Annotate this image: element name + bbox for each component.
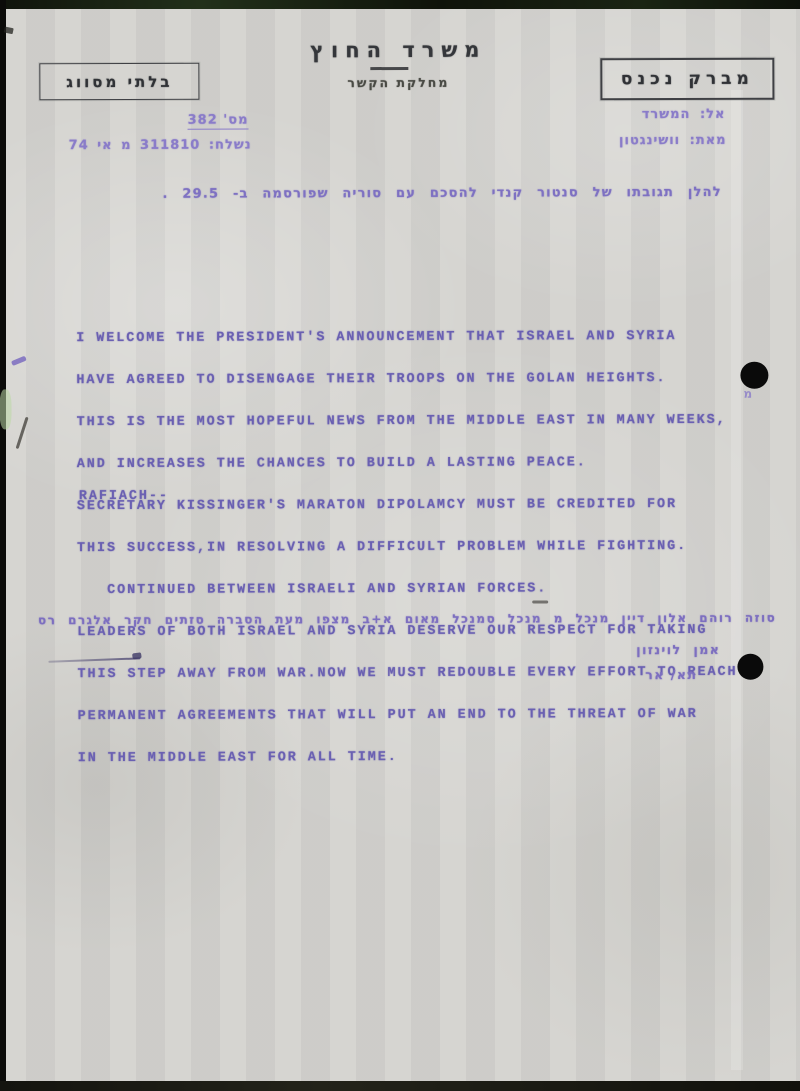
body-line: AND INCREASES THE CHANCES TO BUILD A LAS… <box>77 456 737 472</box>
edge-mark <box>4 27 14 35</box>
classification-stamp: בלתי מסווג <box>39 63 199 101</box>
classification-stamp-label: בלתי מסווג <box>66 72 172 90</box>
distribution-addressees: אמן לוינזון <box>636 642 720 657</box>
stray-mark <box>532 600 548 603</box>
body-line: THIS STEP AWAY FROM WAR.NOW WE MUST REDO… <box>77 666 737 682</box>
body-line: I WELCOME THE PRESIDENT'S ANNOUNCEMENT T… <box>76 330 736 346</box>
hole-punch-icon <box>740 362 768 389</box>
margin-note: מ <box>743 387 752 401</box>
body-line: CONTINUED BETWEEN ISRAELI AND SYRIAN FOR… <box>77 582 737 598</box>
body-line: SECRETARY KISSINGER'S MARATON DIPOLAMCY … <box>77 498 737 514</box>
subject-line: להלן תגובתו של סנטור קנדי להסכם עם סוריה… <box>162 185 721 202</box>
telegram-page: משרד החוץ מחלקת הקשר מברק נכנס בלתי מסוו… <box>0 0 800 1091</box>
field-telegram-number: מס' 382 <box>188 113 249 130</box>
hole-punch-icon <box>737 654 763 680</box>
body-line: IN THE MIDDLE EAST FOR ALL TIME. <box>78 750 738 766</box>
title-underline <box>370 67 408 70</box>
signoff: RAFIACH-- <box>79 489 169 504</box>
body-line: PERMANENT AGREEMENTS THAT WILL PUT AN EN… <box>78 708 738 724</box>
field-sent-datetime: נשלח: 311810 מ אי 74 <box>69 138 252 154</box>
body-line: THIS SUCCESS,IN RESOLVING A DIFFICULT PR… <box>77 540 737 556</box>
incoming-telegram-stamp-label: מברק נכנס <box>621 69 754 89</box>
edge-smudge <box>0 389 12 429</box>
margin-tick-mark <box>11 356 27 366</box>
incoming-telegram-stamp: מברק נכנס <box>600 58 774 101</box>
body-line: THIS IS THE MOST HOPEFUL NEWS FROM THE M… <box>77 414 737 430</box>
field-to: אל: המשרד <box>642 107 726 122</box>
distribution-list: סוזה רוהם אלון דיין מנכל מ מנכל סמנכל מא… <box>38 611 776 628</box>
telegram-body: I WELCOME THE PRESIDENT'S ANNOUNCEMENT T… <box>76 302 738 794</box>
body-line: HAVE AGREED TO DISENGAGE THEIR TROOPS ON… <box>76 372 736 388</box>
distribution-initials: תא/ אר <box>645 667 697 682</box>
document-content: משרד החוץ מחלקת הקשר מברק נכנס בלתי מסוו… <box>0 0 800 1091</box>
field-from: מאת: וושינגטון <box>619 133 727 148</box>
margin-slash-mark <box>16 417 28 449</box>
